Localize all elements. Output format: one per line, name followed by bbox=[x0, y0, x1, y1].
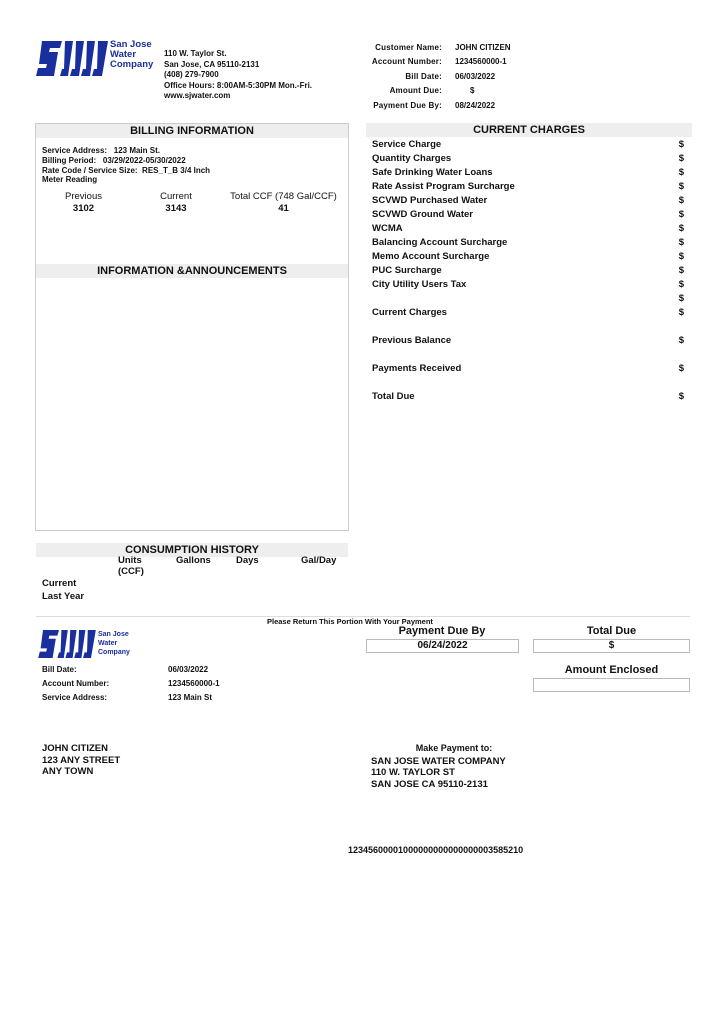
charge-row: $ bbox=[366, 291, 692, 305]
charge-label: WCMA bbox=[372, 223, 403, 234]
account-number: 1234560000-1 bbox=[455, 57, 507, 66]
value: 1234560000-1 bbox=[168, 679, 220, 688]
current-charges-panel: CURRENT CHARGES Service Charge$Quantity … bbox=[366, 123, 692, 403]
amount-due-row: Amount Due:$ bbox=[364, 84, 511, 99]
address-line: 110 W. TAYLOR ST bbox=[371, 767, 537, 779]
bill-date-row: Bill Date:06/03/2022 bbox=[364, 69, 511, 84]
meter-header: Previous bbox=[36, 191, 131, 202]
label: Amount Due: bbox=[364, 86, 442, 95]
col-days: Days bbox=[236, 555, 259, 566]
charge-row: Balancing Account Surcharge$ bbox=[366, 235, 692, 249]
amount-enclosed-label: Amount Enclosed bbox=[533, 664, 690, 676]
row-last-year: Last Year bbox=[42, 591, 84, 602]
label: Bill Date: bbox=[364, 72, 442, 81]
charge-row: Current Charges$ bbox=[366, 305, 692, 319]
company-logo: San Jose Water Company bbox=[36, 41, 153, 76]
payment-due-by-box: 06/24/2022 bbox=[366, 639, 519, 653]
label: Customer Name: bbox=[364, 43, 442, 52]
meter-header: Total CCF (748 Gal/CCF) bbox=[221, 191, 346, 202]
logo-line: Company bbox=[98, 648, 130, 657]
total-due-row: Total Due$ bbox=[366, 389, 692, 403]
amount: $ bbox=[679, 363, 684, 374]
charge-amount: $ bbox=[679, 237, 684, 248]
charge-row: Service Charge$ bbox=[366, 137, 692, 151]
address-line: 110 W. Taylor St. bbox=[164, 49, 312, 60]
address-line: ANY TOWN bbox=[42, 766, 120, 778]
charge-amount: $ bbox=[679, 153, 684, 164]
address-line: 123 ANY STREET bbox=[42, 755, 120, 767]
charge-label: Current Charges bbox=[372, 307, 447, 318]
payment-due-row: Payment Due By:08/24/2022 bbox=[364, 98, 511, 113]
meter-reading-label: Meter Reading bbox=[42, 175, 342, 185]
charge-row: City Utility Users Tax$ bbox=[366, 277, 692, 291]
amount-enclosed-field[interactable] bbox=[533, 678, 690, 692]
charge-amount: $ bbox=[679, 139, 684, 150]
meter-total-ccf: 41 bbox=[221, 203, 346, 214]
amount: $ bbox=[679, 335, 684, 346]
label: Billing Period: bbox=[42, 156, 96, 165]
charge-amount: $ bbox=[679, 209, 684, 220]
bill-date: 06/03/2022 bbox=[455, 72, 495, 81]
total-due-box: $ bbox=[533, 639, 690, 653]
sjw-logo-icon bbox=[38, 630, 96, 658]
billing-period-line: Billing Period: 03/29/2022-05/30/2022 bbox=[42, 156, 342, 166]
address-line: San Jose, CA 95110-2131 bbox=[164, 60, 312, 71]
charge-label: SCVWD Ground Water bbox=[372, 209, 473, 220]
sjw-logo-icon bbox=[36, 41, 108, 76]
charge-row: Memo Account Surcharge$ bbox=[366, 249, 692, 263]
col-gallons: Gallons bbox=[176, 555, 211, 566]
meter-header: Current bbox=[131, 191, 221, 202]
stub-account-number: Account Number:1234560000-1 bbox=[42, 676, 220, 690]
label: Account Number: bbox=[364, 57, 442, 66]
charge-amount: $ bbox=[679, 293, 684, 304]
charge-row: SCVWD Purchased Water$ bbox=[366, 193, 692, 207]
total-due-label: Total Due bbox=[533, 625, 690, 637]
label: Bill Date: bbox=[42, 665, 168, 674]
stub-bill-date: Bill Date:06/03/2022 bbox=[42, 662, 220, 676]
stub-service-address: Service Address:123 Main St bbox=[42, 690, 220, 704]
phone: (408) 279-7900 bbox=[164, 70, 312, 81]
payment-due-by-label: Payment Due By bbox=[366, 625, 518, 637]
charge-amount: $ bbox=[679, 181, 684, 192]
value: 06/03/2022 bbox=[168, 665, 208, 674]
charge-row: Rate Assist Program Surcharge$ bbox=[366, 179, 692, 193]
charge-amount: $ bbox=[679, 167, 684, 178]
previous-balance-row: Previous Balance$ bbox=[366, 333, 692, 347]
announcements-title: INFORMATION &ANNOUNCEMENTS bbox=[36, 264, 348, 278]
meter-current: 3143 bbox=[131, 203, 221, 214]
meter-values: 3102 3143 41 bbox=[36, 203, 348, 214]
charge-amount: $ bbox=[679, 223, 684, 234]
rate-code-line: Rate Code / Service Size: RES_T_B 3/4 In… bbox=[42, 166, 342, 176]
value: 123 Main St bbox=[168, 693, 212, 702]
charge-amount: $ bbox=[679, 279, 684, 290]
service-address-line: Service Address: 123 Main St. bbox=[42, 146, 342, 156]
charge-label: Safe Drinking Water Loans bbox=[372, 167, 493, 178]
address-line: SAN JOSE CA 95110-2131 bbox=[371, 779, 537, 791]
label: Previous Balance bbox=[372, 335, 451, 346]
company-address: 110 W. Taylor St. San Jose, CA 95110-213… bbox=[164, 49, 312, 102]
charge-row: WCMA$ bbox=[366, 221, 692, 235]
col-gal-day: Gal/Day bbox=[301, 555, 336, 566]
label: Account Number: bbox=[42, 679, 168, 688]
office-hours: Office Hours: 8:00AM-5:30PM Mon.-Fri. bbox=[164, 81, 312, 92]
website-link[interactable]: www.sjwater.com bbox=[164, 91, 312, 102]
charge-amount: $ bbox=[679, 251, 684, 262]
label: Rate Code / Service Size: bbox=[42, 166, 138, 175]
col-units: Units (CCF) bbox=[118, 555, 148, 577]
charge-label: City Utility Users Tax bbox=[372, 279, 466, 290]
label: Payments Received bbox=[372, 363, 461, 374]
stub-fields: Bill Date:06/03/2022 Account Number:1234… bbox=[42, 662, 220, 704]
charge-row: PUC Surcharge$ bbox=[366, 263, 692, 277]
account-number-row: Account Number:1234560000-1 bbox=[364, 55, 511, 70]
charge-row: Safe Drinking Water Loans$ bbox=[366, 165, 692, 179]
customer-name-row: Customer Name:JOHN CITIZEN bbox=[364, 40, 511, 55]
stub-logo: San Jose Water Company bbox=[38, 630, 130, 658]
label: Total Due bbox=[372, 391, 415, 402]
charge-amount: $ bbox=[679, 195, 684, 206]
current-charges-title: CURRENT CHARGES bbox=[366, 123, 692, 137]
make-payment-label: Make Payment to: bbox=[371, 743, 537, 755]
logo-line: Water bbox=[98, 639, 130, 648]
customer-mailing-address: JOHN CITIZEN 123 ANY STREET ANY TOWN bbox=[42, 743, 120, 778]
charge-row: SCVWD Ground Water$ bbox=[366, 207, 692, 221]
charge-label: Balancing Account Surcharge bbox=[372, 237, 507, 248]
charge-label: Rate Assist Program Surcharge bbox=[372, 181, 515, 192]
label: Payment Due By: bbox=[364, 101, 442, 110]
payments-received-row: Payments Received$ bbox=[366, 361, 692, 375]
charge-amount: $ bbox=[679, 265, 684, 276]
logo-line: Company bbox=[110, 60, 153, 70]
row-current: Current bbox=[42, 578, 76, 589]
payment-due-by: 08/24/2022 bbox=[455, 101, 495, 110]
rate-code: RES_T_B 3/4 Inch bbox=[142, 166, 210, 175]
billing-info-title: BILLING INFORMATION bbox=[36, 124, 348, 138]
charge-list: Service Charge$Quantity Charges$Safe Dri… bbox=[366, 137, 692, 319]
logo-line: San Jose bbox=[98, 630, 130, 639]
meter-previous: 3102 bbox=[36, 203, 131, 214]
amount-due: $ bbox=[470, 86, 474, 95]
address-line: SAN JOSE WATER COMPANY bbox=[371, 756, 537, 768]
billing-period: 03/29/2022-05/30/2022 bbox=[103, 156, 186, 165]
label: Service Address: bbox=[42, 693, 168, 702]
charge-label: PUC Surcharge bbox=[372, 265, 442, 276]
charge-label: Quantity Charges bbox=[372, 153, 451, 164]
charge-label: Service Charge bbox=[372, 139, 441, 150]
charge-label: SCVWD Purchased Water bbox=[372, 195, 487, 206]
service-address: 123 Main St. bbox=[114, 146, 160, 155]
account-summary: Customer Name:JOHN CITIZEN Account Numbe… bbox=[364, 40, 511, 113]
consumption-history: CONSUMPTION HISTORY Units (CCF) Gallons … bbox=[36, 543, 348, 557]
customer-name: JOHN CITIZEN bbox=[455, 43, 511, 52]
charge-label: Memo Account Surcharge bbox=[372, 251, 489, 262]
address-line: JOHN CITIZEN bbox=[42, 743, 120, 755]
amount: $ bbox=[679, 391, 684, 402]
label: Service Address: bbox=[42, 146, 107, 155]
charge-row: Quantity Charges$ bbox=[366, 151, 692, 165]
billing-info-panel: BILLING INFORMATION Service Address: 123… bbox=[35, 123, 349, 531]
remit-to-address: Make Payment to: SAN JOSE WATER COMPANY … bbox=[371, 743, 537, 790]
charge-amount: $ bbox=[679, 307, 684, 318]
scan-line: 12345600001000000000000000003585210 bbox=[348, 845, 523, 855]
meter-headers: Previous Current Total CCF (748 Gal/CCF) bbox=[36, 191, 348, 202]
